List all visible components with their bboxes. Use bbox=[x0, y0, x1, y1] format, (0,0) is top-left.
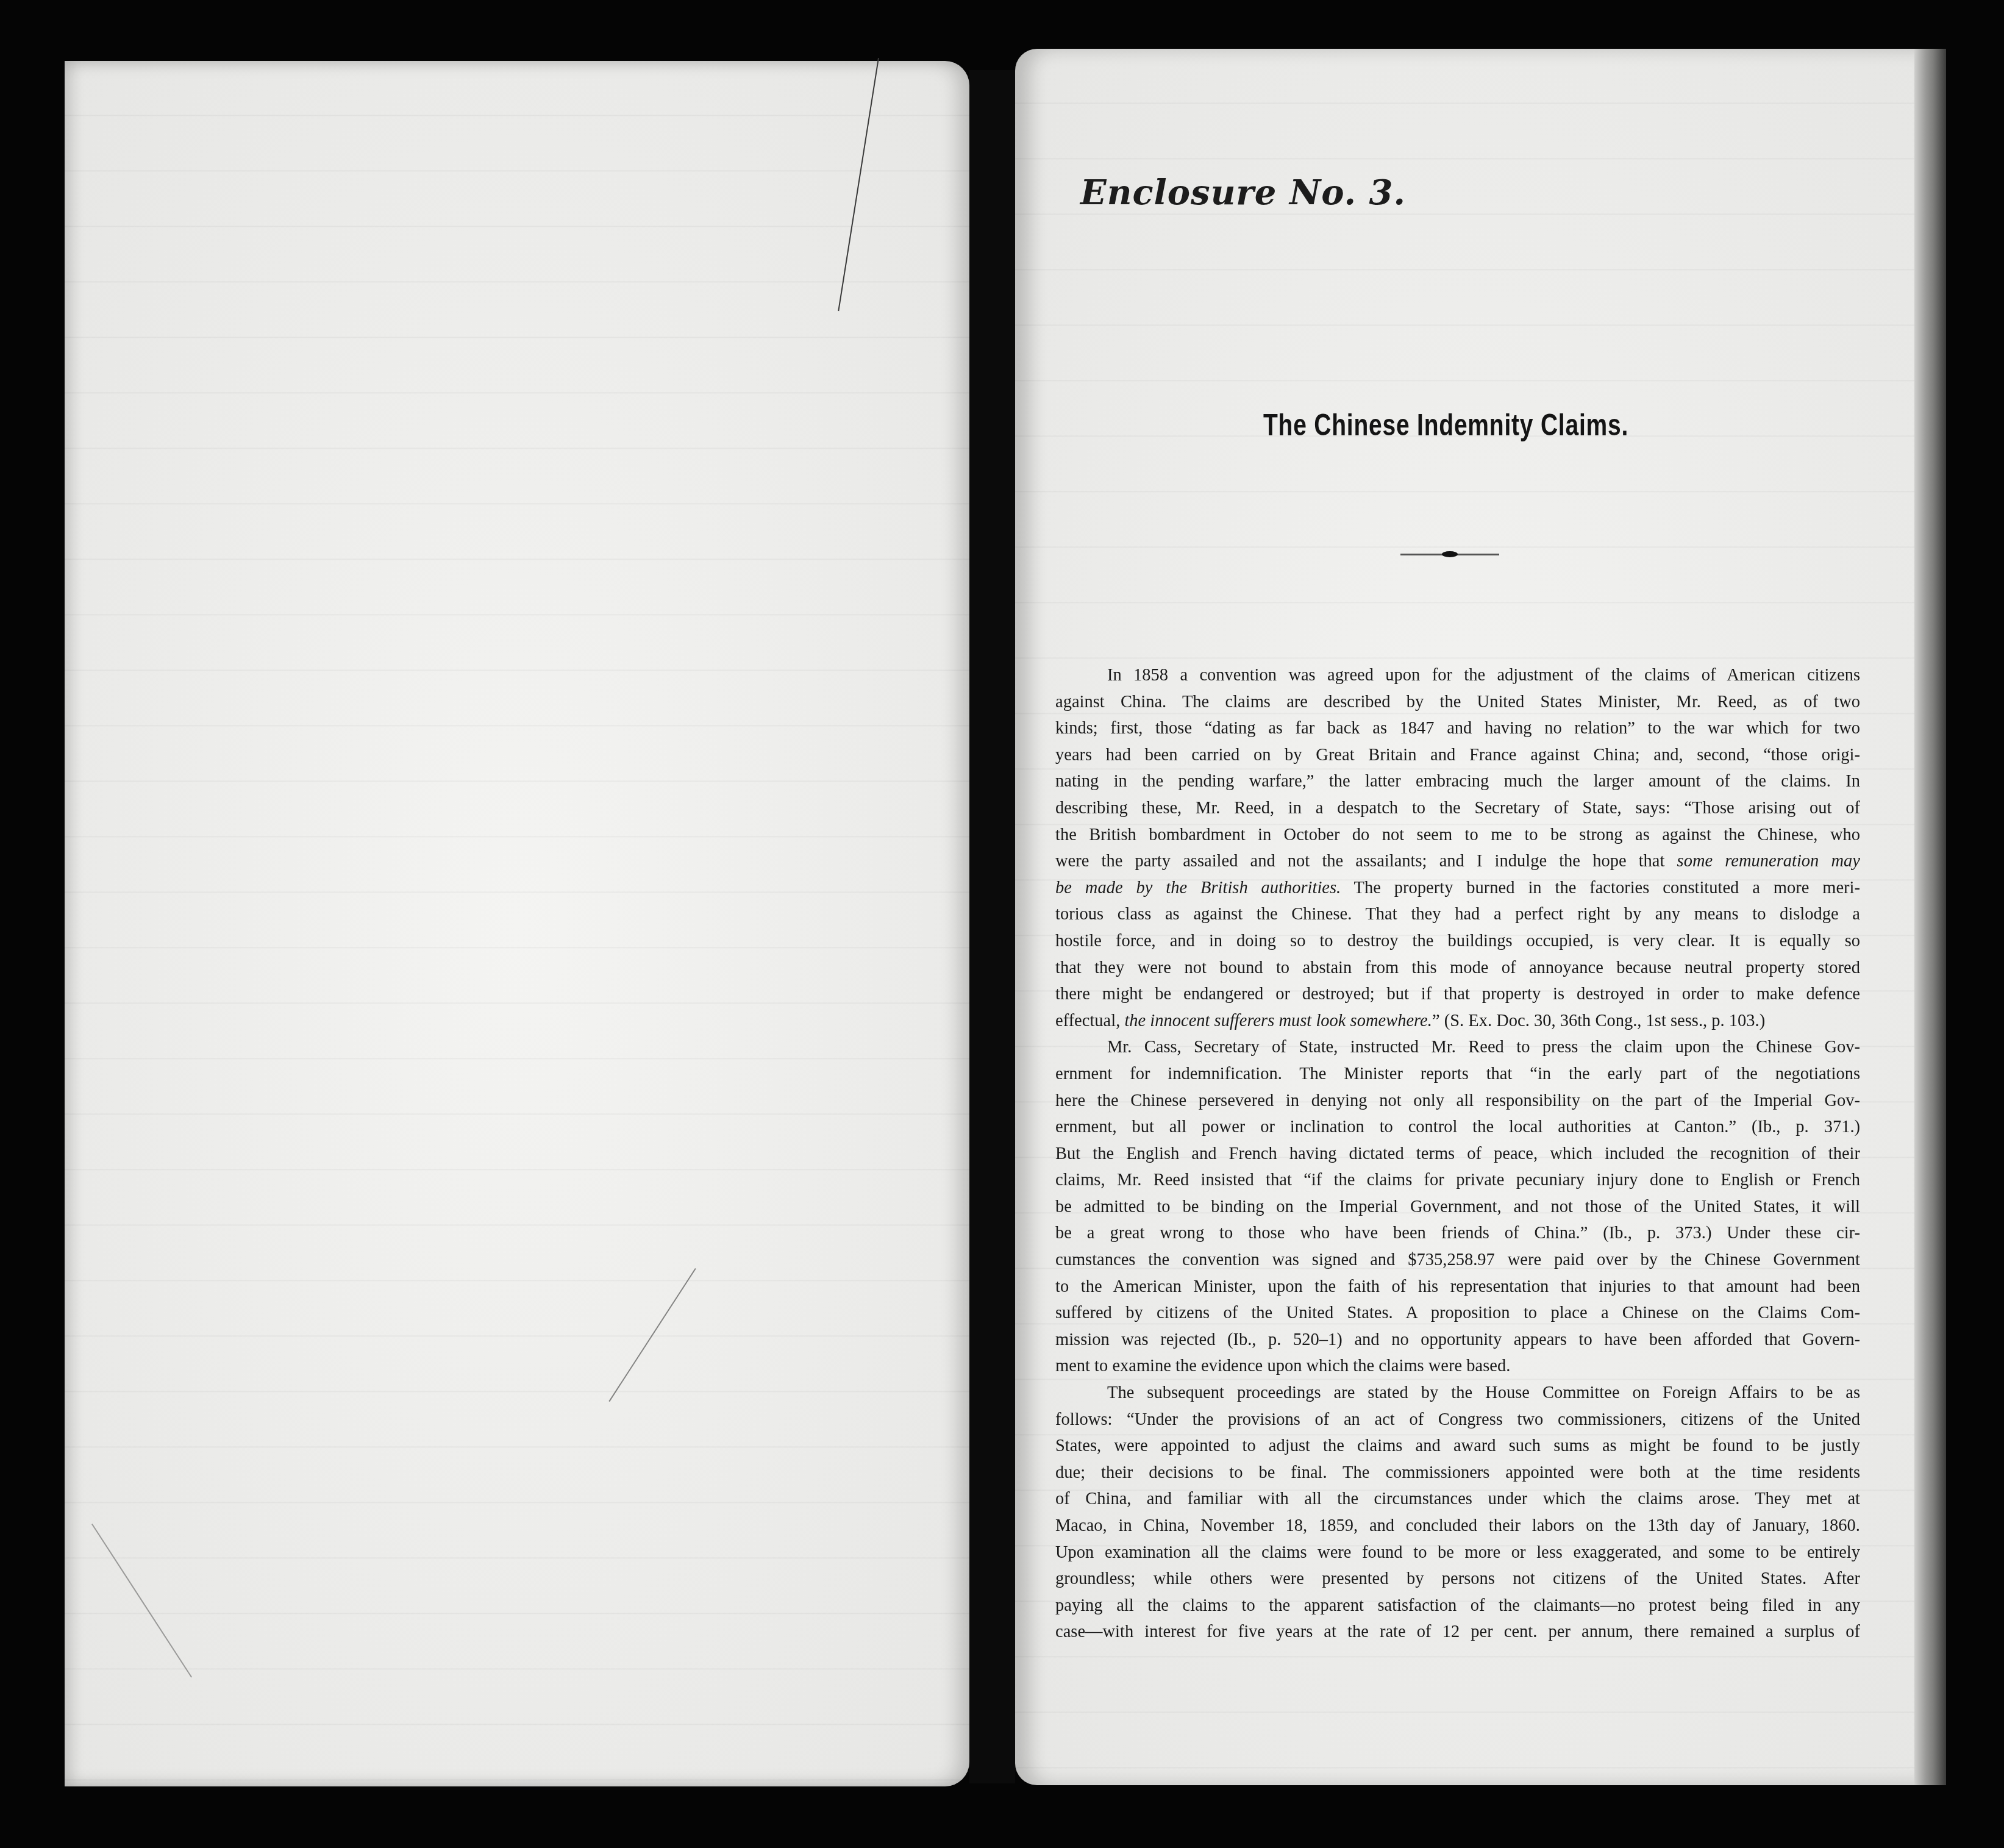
text-segment: ” (S. Ex. Doc. 30, 36th Cong., 1st sess.… bbox=[1432, 1011, 1765, 1030]
text-line: here the Chinese persevered in denying n… bbox=[1055, 1088, 1860, 1115]
text-line: Upon examination all the claims were fou… bbox=[1055, 1539, 1860, 1566]
text-line: ernment, but all power or inclination to… bbox=[1055, 1114, 1860, 1141]
text-line: the British bombardment in October do no… bbox=[1055, 822, 1860, 849]
text-line: follows: “Under the provisions of an act… bbox=[1055, 1407, 1860, 1433]
left-page-blank bbox=[65, 61, 969, 1786]
paragraph-3: The subsequent proceedings are stated by… bbox=[1055, 1380, 1860, 1646]
italic-text: some remuneration may bbox=[1677, 852, 1860, 871]
text-line: But the English and French having dictat… bbox=[1055, 1141, 1860, 1168]
enclosure-label: Enclosure No. 3. bbox=[1080, 173, 1406, 213]
ornament-diamond-icon bbox=[1442, 551, 1458, 557]
document-body: In 1858 a convention was agreed upon for… bbox=[1055, 662, 1860, 1646]
text-line: case—with interest for five years at the… bbox=[1055, 1619, 1860, 1646]
text-line: describing these, Mr. Reed, in a despatc… bbox=[1055, 795, 1860, 822]
text-line: be made by the British authorities. The … bbox=[1055, 875, 1860, 902]
text-line: due; their decisions to be final. The co… bbox=[1055, 1460, 1860, 1486]
book-spine-gutter bbox=[969, 70, 1015, 1783]
text-line: The subsequent proceedings are stated by… bbox=[1055, 1380, 1860, 1407]
text-segment: effectual, bbox=[1055, 1011, 1124, 1030]
italic-text: be made by the British authorities. bbox=[1055, 879, 1341, 897]
text-line: be admitted to be binding on the Imperia… bbox=[1055, 1194, 1860, 1221]
italic-text: the innocent sufferers must look somewhe… bbox=[1124, 1011, 1432, 1030]
text-line: hostile force, and in doing so to destro… bbox=[1055, 928, 1860, 955]
text-line: groundless; while others were presented … bbox=[1055, 1566, 1860, 1593]
text-line: there might be endangered or destroyed; … bbox=[1055, 981, 1860, 1008]
text-segment: The property burned in the factories con… bbox=[1341, 879, 1860, 897]
document-title: The Chinese Indemnity Claims. bbox=[1263, 407, 1554, 443]
text-line: ment to examine the evidence upon which … bbox=[1055, 1353, 1860, 1380]
text-line: of China, and familiar with all the circ… bbox=[1055, 1486, 1860, 1513]
text-line: against China. The claims are described … bbox=[1055, 689, 1860, 716]
text-line: torious class as against the Chinese. Th… bbox=[1055, 901, 1860, 928]
text-line: effectual, the innocent sufferers must l… bbox=[1055, 1008, 1860, 1035]
title-ornament-rule bbox=[1400, 551, 1499, 557]
text-line: that they were not bound to abstain from… bbox=[1055, 955, 1860, 982]
text-line: mission was rejected (Ib., p. 520–1) and… bbox=[1055, 1327, 1860, 1354]
paragraph-2: Mr. Cass, Secretary of State, instructed… bbox=[1055, 1034, 1860, 1380]
page-stack-edge bbox=[1914, 49, 1946, 1785]
text-line: be a great wrong to those who have been … bbox=[1055, 1220, 1860, 1247]
text-line: to the American Minister, upon the faith… bbox=[1055, 1274, 1860, 1300]
text-line: suffered by citizens of the United State… bbox=[1055, 1300, 1860, 1327]
text-line: claims, Mr. Reed insisted that “if the c… bbox=[1055, 1167, 1860, 1194]
text-line: years had been carried on by Great Brita… bbox=[1055, 742, 1860, 769]
text-line: paying all the claims to the apparent sa… bbox=[1055, 1593, 1860, 1619]
text-line: ernment for indemnification. The Ministe… bbox=[1055, 1061, 1860, 1088]
text-line: kinds; first, those “dating as far back … bbox=[1055, 715, 1860, 742]
text-line: were the party assailed and not the assa… bbox=[1055, 848, 1860, 875]
text-line: States, were appointed to adjust the cla… bbox=[1055, 1433, 1860, 1460]
text-line: In 1858 a convention was agreed upon for… bbox=[1055, 662, 1860, 689]
text-line: nating in the pending warfare,” the latt… bbox=[1055, 768, 1860, 795]
text-line: Macao, in China, November 18, 1859, and … bbox=[1055, 1513, 1860, 1539]
text-line: Mr. Cass, Secretary of State, instructed… bbox=[1055, 1034, 1860, 1061]
text-line: cumstances the convention was signed and… bbox=[1055, 1247, 1860, 1274]
paragraph-1: In 1858 a convention was agreed upon for… bbox=[1055, 662, 1860, 1034]
text-segment: were the party assailed and not the assa… bbox=[1055, 852, 1677, 871]
